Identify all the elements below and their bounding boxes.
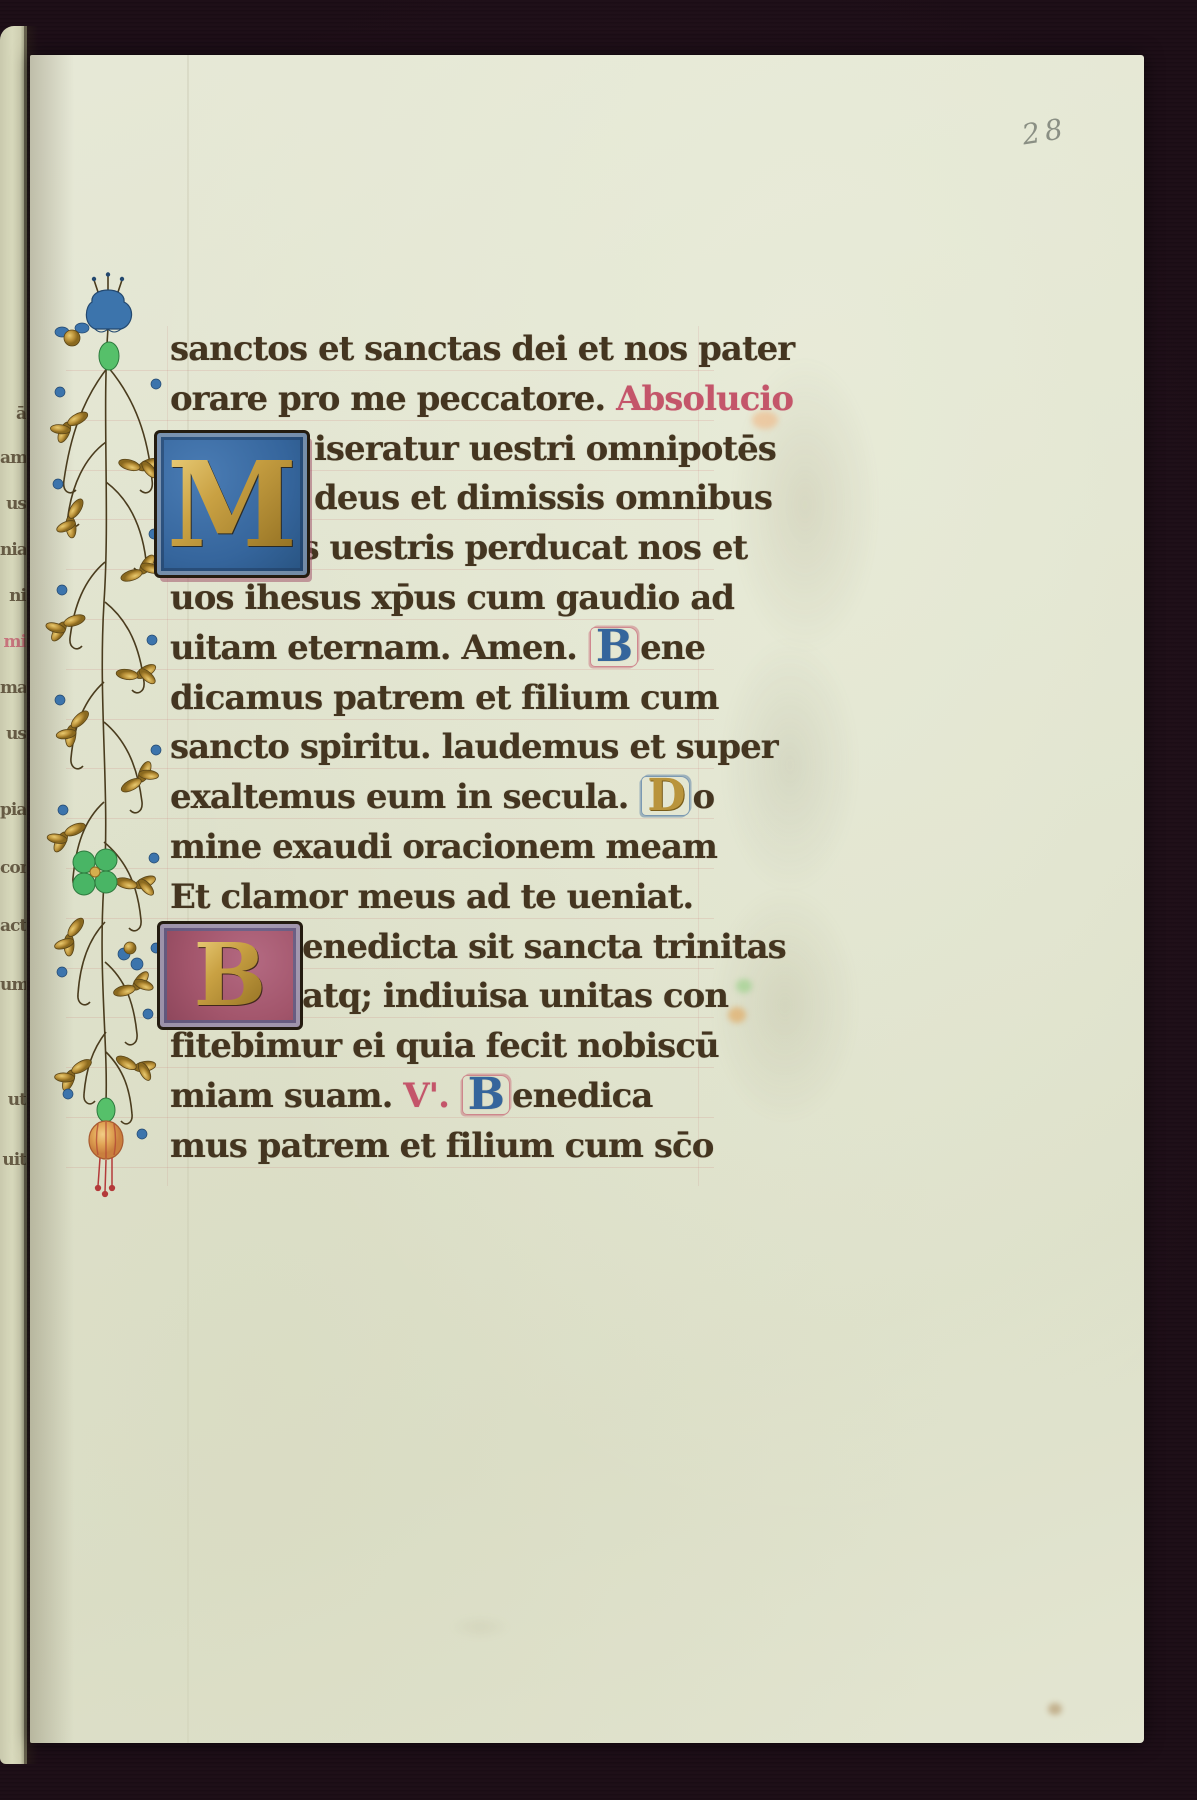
text-line: sanctos et sanctas dei et nos pater bbox=[170, 326, 794, 372]
text-segment: sanctos et sanctas dei et nos pater bbox=[170, 329, 794, 369]
rubric-text: V'. bbox=[403, 1076, 459, 1116]
facing-page-text-fragment: nia bbox=[0, 540, 26, 560]
text-segment: ene bbox=[640, 628, 705, 668]
text-segment: fitebimur ei quia fecit nobiscū bbox=[170, 1026, 719, 1066]
green-quatrefoil bbox=[73, 849, 117, 895]
text-line: sancto spiritu. laudemus et super bbox=[170, 724, 778, 770]
spot-stain bbox=[1048, 1703, 1062, 1715]
text-line: deus et dimissis omnibus bbox=[314, 475, 772, 521]
text-line: enedicta sit sancta trinitas bbox=[302, 924, 786, 970]
facing-page-text-fragment: acto bbox=[0, 916, 26, 936]
text-segment: iseratur uestri omnipotēs bbox=[314, 429, 776, 469]
floral-border bbox=[38, 272, 178, 1212]
text-segment: mus patrem et filium cum sc̄o bbox=[170, 1126, 713, 1166]
facing-page-text-fragment: pia bbox=[0, 800, 26, 820]
text-line: miam suam. V'. Benedica bbox=[170, 1073, 652, 1119]
text-segment: miam suam. bbox=[170, 1076, 403, 1116]
text-line: Et clamor meus ad te ueniat. bbox=[170, 874, 693, 920]
gold-blue-floret bbox=[55, 323, 89, 346]
orange-bell-flower bbox=[89, 1098, 123, 1159]
text-line: dicamus patrem et filium cum bbox=[170, 675, 718, 721]
text-line: iseratur uestri omnipotēs bbox=[314, 426, 776, 472]
text-segment: Et clamor meus ad te ueniat. bbox=[170, 877, 693, 917]
facing-page-text-fragment: uit bbox=[0, 1150, 26, 1170]
manuscript-page: 28 bbox=[30, 55, 1144, 1743]
text-segment: uos ihesus xp̄us cum gaudio ad bbox=[170, 578, 734, 618]
green-bud bbox=[99, 342, 119, 370]
facing-page-text-fragment: ut bbox=[0, 1090, 26, 1110]
text-line: exaltemus eum in secula. Do bbox=[170, 774, 714, 820]
text-segment: deus et dimissis omnibus bbox=[314, 478, 772, 518]
text-segment: dicamus patrem et filium cum bbox=[170, 678, 718, 718]
facing-page-text-fragment: am bbox=[0, 448, 26, 468]
text-segment: enedicta sit sancta trinitas bbox=[302, 927, 786, 967]
inline-initial: B bbox=[462, 1075, 510, 1115]
initial-letter: B bbox=[194, 925, 267, 1026]
facing-page-text-fragment: um bbox=[0, 975, 26, 995]
initial-letter: M bbox=[167, 435, 298, 574]
text-segment: exaltemus eum in secula. bbox=[170, 777, 639, 817]
facing-page-edge: āamusnianimimauspiaconactoumutuit bbox=[0, 26, 27, 1764]
text-line: atq; indiuisa unitas con bbox=[302, 973, 728, 1019]
facing-page-text-fragment: us bbox=[0, 724, 26, 744]
facing-page-text-fragment: con bbox=[0, 858, 26, 878]
text-line: mus patrem et filium cum sc̄o bbox=[170, 1123, 713, 1169]
facing-page-text-fragment: ā bbox=[0, 404, 26, 424]
facing-page-text-fragment: us bbox=[0, 494, 26, 514]
ink-showthrough bbox=[710, 885, 860, 1125]
illuminated-initial-B: B bbox=[157, 921, 303, 1030]
text-line: uitam eternam. Amen. Bene bbox=[170, 625, 705, 671]
inline-initial: D bbox=[641, 776, 690, 816]
text-segment: orare pro me peccatore. bbox=[170, 379, 616, 419]
folio-number: 28 bbox=[1020, 112, 1070, 152]
red-stamens bbox=[96, 1158, 115, 1196]
text-segment: mine exaudi oracionem meam bbox=[170, 827, 717, 867]
facing-page-text-fragment: ma bbox=[0, 678, 26, 698]
text-line: fitebimur ei quia fecit nobiscū bbox=[170, 1023, 719, 1069]
blue-columbine-flower bbox=[86, 272, 131, 332]
rubric-text: Absolucio bbox=[616, 379, 793, 419]
facing-page-text-fragment: mi bbox=[0, 632, 26, 652]
smudge-stain bbox=[450, 1615, 510, 1639]
pigment-offset-stain bbox=[728, 1007, 746, 1023]
text-segment: atq; indiuisa unitas con bbox=[302, 976, 728, 1016]
facing-page-text-fragment: ni bbox=[0, 586, 26, 606]
text-segment: enedica bbox=[512, 1076, 652, 1116]
text-segment: uitam eternam. Amen. bbox=[170, 628, 588, 668]
text-segment: o bbox=[692, 777, 714, 817]
inline-initial: B bbox=[590, 627, 638, 667]
illuminated-initial-M: M bbox=[154, 430, 310, 578]
text-segment: sancto spiritu. laudemus et super bbox=[170, 727, 778, 767]
text-line: mine exaudi oracionem meam bbox=[170, 824, 717, 870]
text-line: uos ihesus xp̄us cum gaudio ad bbox=[170, 575, 734, 621]
gold-blue-floret bbox=[118, 942, 143, 970]
pigment-offset-stain bbox=[736, 979, 752, 993]
text-line: orare pro me peccatore. Absolucio bbox=[170, 376, 793, 422]
